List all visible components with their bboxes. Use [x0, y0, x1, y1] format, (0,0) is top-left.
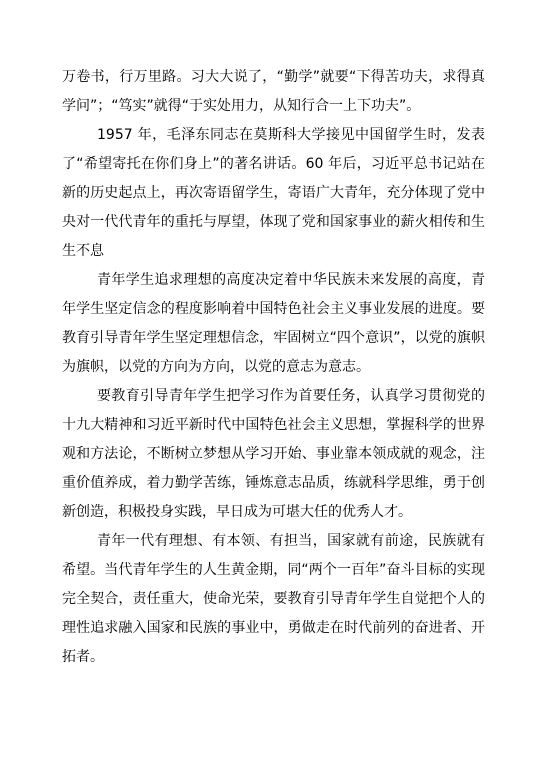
paragraph-4: 要教育引导青年学生把学习作为首要任务，认真学习贯彻党的十九大精神和习近平新时代中…	[62, 382, 485, 527]
paragraph-3: 青年学生追求理想的高度决定着中华民族未来发展的高度，青年学生坚定信念的程度影响着…	[62, 266, 485, 382]
paragraph-1: 万卷书，行万里路。习大大说了，“勤学”就要“下得苦功夫，求得真学问”；“笃实”就…	[62, 63, 485, 121]
document-page: 万卷书，行万里路。习大大说了，“勤学”就要“下得苦功夫，求得真学问”；“笃实”就…	[0, 0, 547, 774]
document-body: 万卷书，行万里路。习大大说了，“勤学”就要“下得苦功夫，求得真学问”；“笃实”就…	[62, 63, 485, 672]
paragraph-5: 青年一代有理想、有本领、有担当，国家就有前途，民族就有希望。当代青年学生的人生黄…	[62, 527, 485, 672]
paragraph-2: 1957 年，毛泽东同志在莫斯科大学接见中国留学生时，发表了“希望寄托在你们身上…	[62, 121, 485, 266]
